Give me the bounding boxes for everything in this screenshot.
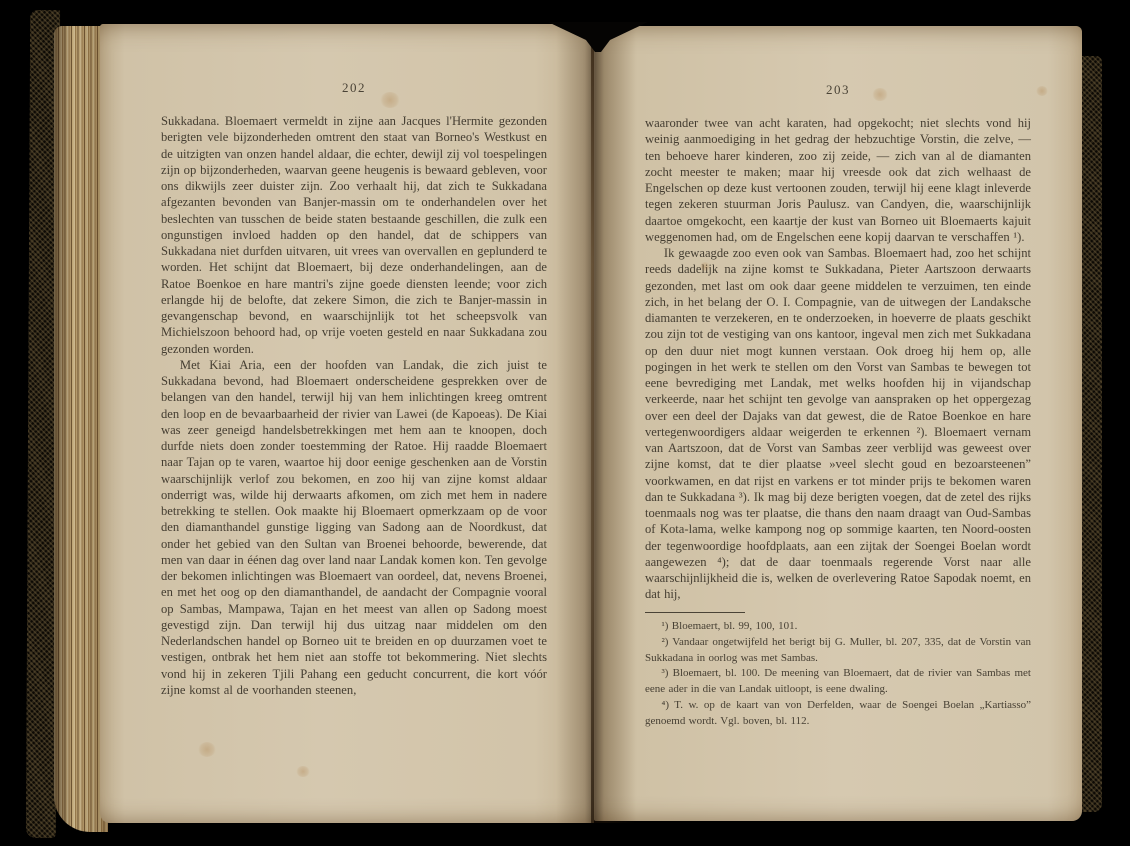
- book-cover-edge-right: [1080, 56, 1102, 812]
- left-page-number: 202: [161, 80, 547, 96]
- footnotes: ¹) Bloemaert, bl. 99, 100, 101. ²) Vanda…: [645, 619, 1031, 730]
- footnote: ¹) Bloemaert, bl. 99, 100, 101.: [645, 619, 1031, 635]
- footnote: ³) Bloemaert, bl. 100. De meening van Bl…: [645, 666, 1031, 698]
- right-page-text: waaronder twee van acht karaten, had opg…: [645, 115, 1031, 730]
- left-page-text: Sukkadana. Bloemaert vermeldt in zijne a…: [161, 113, 547, 698]
- paragraph: Met Kiai Aria, een der hoofden van Landa…: [161, 357, 547, 698]
- right-page-number: 203: [645, 82, 1031, 98]
- footnote: ²) Vandaar ongetwijfeld het berigt bij G…: [645, 635, 1031, 667]
- left-page: 202 Sukkadana. Bloemaert vermeldt in zij…: [100, 24, 594, 823]
- paragraph: Sukkadana. Bloemaert vermeldt in zijne a…: [161, 113, 547, 357]
- paragraph: waaronder twee van acht karaten, had opg…: [645, 115, 1031, 245]
- right-page: 203 waaronder twee van acht karaten, had…: [594, 26, 1082, 821]
- footnote-separator-rule: [645, 612, 745, 614]
- open-book-scan: 202 Sukkadana. Bloemaert vermeldt in zij…: [0, 0, 1130, 846]
- footnote: ⁴) T. w. op de kaart van von Derfelden, …: [645, 698, 1031, 730]
- paragraph: Ik gewaagde zoo even ook van Sambas. Blo…: [645, 245, 1031, 603]
